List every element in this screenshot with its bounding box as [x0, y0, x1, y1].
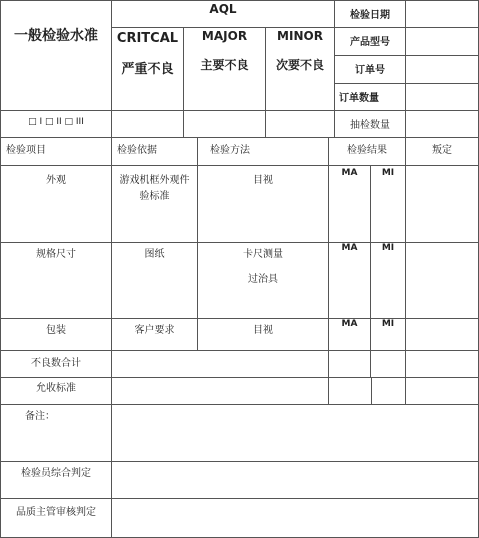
row-appearance-item: 外观 — [0, 165, 112, 243]
row-dimensions-judgement[interactable] — [405, 242, 479, 319]
defect-total-ma[interactable] — [328, 350, 371, 378]
minor-value[interactable] — [265, 110, 335, 138]
field-value-order-quantity[interactable] — [405, 83, 479, 111]
row-packaging-ma[interactable]: MA — [328, 318, 371, 351]
qa-manager-judgement-value[interactable] — [111, 498, 479, 538]
field-value-order-number[interactable] — [405, 55, 479, 84]
critical-cell: CRITCAL 严重不良 — [111, 27, 184, 111]
qa-manager-judgement-label-cell: 品质主管审核判定 — [0, 498, 112, 538]
row-packaging-basis: 客户要求 — [111, 318, 198, 351]
row-packaging-item: 包装 — [0, 318, 112, 351]
field-value-product-model[interactable] — [405, 27, 479, 56]
critical-label: 严重不良 — [112, 58, 183, 77]
row-dimensions-method: 卡尺测量 过治具 — [197, 242, 329, 319]
minor-code: MINOR — [266, 29, 334, 43]
acceptance-judgement[interactable] — [405, 377, 479, 405]
row-dimensions-basis: 图纸 — [111, 242, 198, 319]
remarks-label-cell: 备注： — [0, 404, 112, 462]
minor-label: 次要不良 — [266, 56, 334, 73]
inspector-judgement-label-cell: 检验员综合判定 — [0, 461, 112, 499]
col-header-method: 检验方法 — [197, 137, 329, 166]
field-label-sample-quantity: 抽检数量 — [334, 110, 406, 138]
col-header-judgement: 叛定 — [405, 137, 479, 166]
aql-cell: AQL — [111, 0, 335, 28]
field-value-sample-quantity[interactable] — [405, 110, 479, 138]
row-dimensions-ma[interactable]: MA — [328, 242, 371, 319]
field-label-inspection-date: 检验日期 — [334, 0, 406, 28]
row-appearance-method: 目视 — [197, 165, 329, 243]
major-cell: MAJOR 主要不良 — [183, 27, 266, 111]
defect-total-value[interactable] — [111, 350, 329, 378]
remarks-value[interactable] — [111, 404, 479, 462]
defect-total-mi[interactable] — [370, 350, 406, 378]
row-packaging-judgement[interactable] — [405, 318, 479, 351]
major-code: MAJOR — [184, 29, 265, 43]
levels-label: □ I □ II □ III — [1, 117, 111, 127]
row-dimensions-item: 规格尺寸 — [0, 242, 112, 319]
row-packaging-mi[interactable]: MI — [370, 318, 406, 351]
major-value[interactable] — [183, 110, 266, 138]
standard-label: 一般检验水准 — [1, 25, 111, 45]
major-label: 主要不良 — [184, 56, 265, 73]
row-appearance-mi[interactable]: MI — [370, 165, 406, 243]
acceptance-value[interactable] — [111, 377, 329, 405]
col-header-item: 检验项目 — [0, 137, 112, 166]
field-value-inspection-date[interactable] — [405, 0, 479, 28]
levels-cell[interactable]: □ I □ II □ III — [0, 110, 112, 138]
field-label-product-model: 产品型号 — [334, 27, 406, 56]
defect-total-judgement[interactable] — [405, 350, 479, 378]
row-appearance-judgement[interactable] — [405, 165, 479, 243]
acceptance-label-cell: 允收标准 — [0, 377, 112, 405]
row-dimensions-mi[interactable]: MI — [370, 242, 406, 319]
standard-cell: 一般检验水准 — [0, 0, 112, 111]
row-appearance-ma[interactable]: MA — [328, 165, 371, 243]
row-appearance-basis: 游戏机框外观件 验标准 — [111, 165, 198, 243]
acceptance-mi[interactable] — [371, 377, 406, 405]
aql-label: AQL — [112, 2, 334, 16]
col-header-result: 检验结果 — [328, 137, 406, 166]
minor-cell: MINOR 次要不良 — [265, 27, 335, 111]
critical-value[interactable] — [111, 110, 184, 138]
critical-code: CRITCAL — [112, 31, 183, 46]
acceptance-ma[interactable] — [328, 377, 372, 405]
row-packaging-method: 目视 — [197, 318, 329, 351]
field-label-order-quantity: 订单数量 — [334, 83, 406, 111]
inspector-judgement-value[interactable] — [111, 461, 479, 499]
defect-total-label-cell: 不良数合计 — [0, 350, 112, 378]
field-label-order-number: 订单号 — [334, 55, 406, 84]
col-header-basis: 检验依据 — [111, 137, 198, 166]
